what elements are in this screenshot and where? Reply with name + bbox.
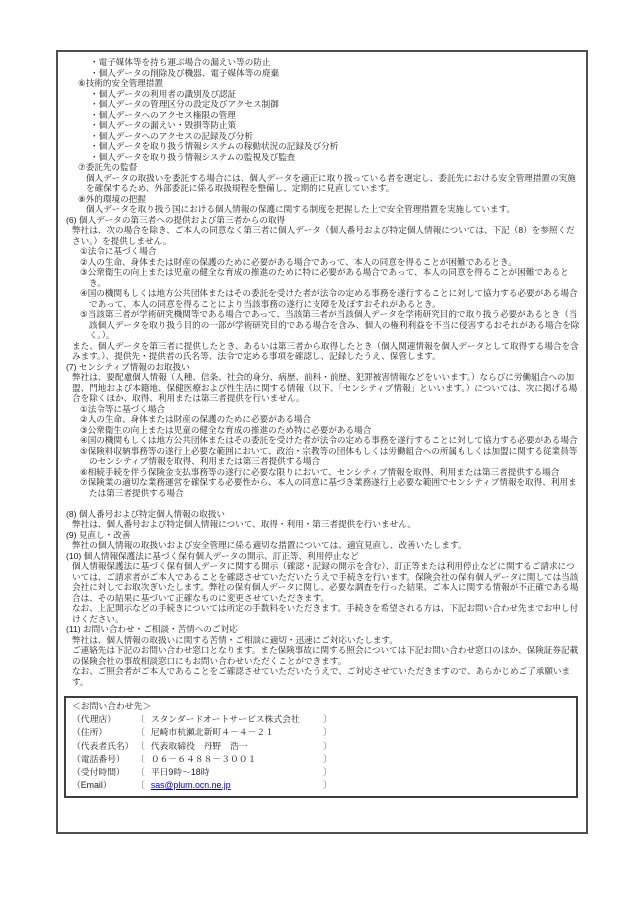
doc-line: ⑧外的環境の把握 (62, 194, 580, 205)
contact-row: （住所）〔尼崎市杭瀬北新町４－４－２１〕 (72, 726, 570, 739)
doc-line: ・個人データの漏えい・毀損等防止策 (62, 120, 580, 131)
contact-row-value: 平日9時～18時 (151, 766, 323, 779)
doc-line: ・電子媒体等を持ち運ぶ場合の漏えい等の防止 (62, 57, 580, 68)
doc-line: ④国の機関もしくは地方公共団体またはその委託を受けた者が法令の定める事務を遂行す… (62, 288, 580, 309)
contact-row-label: （住所） (72, 726, 136, 739)
doc-line: ①法令等に基づく場合 (62, 404, 580, 415)
doc-line: 個人データの取扱いを委託する場合には、個人データを適正に取り扱っている者を選定し… (62, 173, 580, 194)
doc-line: また、個人データを第三者に提供したとき、あるいは第三者から取得したとき（個人関連… (62, 341, 580, 362)
open-bracket: 〔 (136, 766, 145, 779)
contact-title: ＜お問い合わせ先＞ (72, 700, 570, 713)
doc-line: ご連絡先は下記のお問い合わせ窓口となります。また保険事故に関する照会については下… (62, 645, 580, 666)
contact-row-value: ０６－６４８８－３００１ (151, 753, 323, 766)
open-bracket: 〔 (136, 726, 145, 739)
doc-line: ⑥技術的安全管理措置 (62, 78, 580, 89)
doc-line: ③公衆衛生の向上または児童の健全な育成の推進のため特に必要がある場合 (62, 425, 580, 436)
contact-row-label: （代理店） (72, 713, 136, 726)
contact-row-label: （代表者氏名） (72, 740, 136, 753)
doc-line: ・個人データを取り扱う情報システムの稼動状況の記録及び分析 (62, 141, 580, 152)
doc-line: 弊社は、個人番号および特定個人情報について、取得・利用・第三者提供を行いません。 (62, 519, 580, 530)
contact-row-value: スタンダードオートサービス株式会社 (151, 713, 323, 726)
contact-rows: （代理店）〔スタンダードオートサービス株式会社〕（住所）〔尼崎市杭瀬北新町４－４… (72, 713, 570, 792)
doc-line: ④国の機関もしくは地方公共団体またはその委託を受けた者が法令の定める事務を遂行す… (62, 435, 580, 446)
close-bracket: 〕 (323, 726, 332, 739)
doc-line: ・個人データの削除及び機器、電子媒体等の廃棄 (62, 68, 580, 79)
open-bracket: 〔 (136, 740, 145, 753)
doc-line: なお、ご照会者がご本人であることをご確認させていただいたうえで、ご対応させていた… (62, 666, 580, 687)
close-bracket: 〕 (323, 740, 332, 753)
doc-line: なお、上記開示などの手続きについては所定の手数料をいただきます。手続きを希望され… (62, 603, 580, 624)
doc-line: (7) センシティブ情報のお取扱い (62, 362, 580, 373)
doc-line: ②人の生命、身体または財産の保護のために必要がある場合 (62, 414, 580, 425)
doc-line: 個人情報保護法に基づく保有個人データに関する開示（確認・記録の開示を含む）、訂正… (62, 561, 580, 603)
doc-line: ・個人データの利用者の識別及び認証 (62, 89, 580, 100)
close-bracket: 〕 (323, 766, 332, 779)
doc-line: ③公衆衛生の向上または児童の健全な育成の推進のために特に必要がある場合であって、… (62, 267, 580, 288)
contact-row: （電話番号）〔０６－６４８８－３００１〕 (72, 753, 570, 766)
doc-line: (6) 個人データの第三者への提供および第三者からの取得 (62, 215, 580, 226)
doc-line: ・個人データを取り扱う情報システムの監視及び監査 (62, 152, 580, 163)
contact-row-label: （Email） (72, 779, 136, 792)
doc-line: ⑤当該第三者が学術研究機関等である場合であって、当該第三者が当該個人データを学術… (62, 309, 580, 341)
close-bracket: 〕 (323, 753, 332, 766)
doc-line: (8) 個人番号および特定個人情報の取扱い (62, 509, 580, 520)
contact-email-link[interactable]: sas@plum.ocn.ne.jp (151, 779, 323, 792)
document-page: ・電子媒体等を持ち運ぶ場合の漏えい等の防止・個人データの削除及び機器、電子媒体等… (56, 50, 588, 834)
doc-line: 弊社は、次の場合を除き、ご本人の同意なく第三者に個人データ（個人番号および特定個… (62, 225, 580, 246)
doc-blank-line (62, 498, 580, 509)
doc-line: ②人の生命、身体または財産の保護のために必要がある場合であって、本人の同意を得る… (62, 257, 580, 268)
doc-line: ・個人データへのアクセスの記録及び分析 (62, 131, 580, 142)
doc-line: 弊社は、個人情報の取扱いに関する苦情・ご相談に適切・迅速にご対応いたします。 (62, 635, 580, 646)
doc-line: ・個人データへのアクセス権限の管理 (62, 110, 580, 121)
doc-line: (9) 見直し・改善 (62, 530, 580, 541)
close-bracket: 〕 (323, 779, 332, 792)
open-bracket: 〔 (136, 779, 145, 792)
contact-row-value: 代表取締役 丹野 浩一 (151, 740, 323, 753)
doc-line: 弊社の個人情報の取扱いおよび安全管理に係る適切な措置については、適宜見直し、改善… (62, 540, 580, 551)
contact-row-label: （電話番号） (72, 753, 136, 766)
doc-line: (10) 個人情報保護法に基づく保有個人データの開示、訂正等、利用停止など (62, 551, 580, 562)
contact-row-label: （受付時間） (72, 766, 136, 779)
doc-line: ①法令に基づく場合 (62, 246, 580, 257)
contact-row: （代表者氏名）〔代表取締役 丹野 浩一〕 (72, 740, 570, 753)
doc-line: (11) お問い合わせ・ご相談・苦情へのご対応 (62, 624, 580, 635)
open-bracket: 〔 (136, 753, 145, 766)
contact-row: （Email）〔sas@plum.ocn.ne.jp〕 (72, 779, 570, 792)
doc-line: ⑥相続手続を伴う保険金支払事務等の遂行に必要な限りにおいて、センシティブ情報を取… (62, 467, 580, 478)
doc-line: ⑦委託先の監督 (62, 162, 580, 173)
document-body: ・電子媒体等を持ち運ぶ場合の漏えい等の防止・個人データの削除及び機器、電子媒体等… (62, 57, 580, 687)
contact-row: （受付時間）〔平日9時～18時〕 (72, 766, 570, 779)
doc-line: ・個人データの管理区分の設定及びアクセス制御 (62, 99, 580, 110)
contact-row: （代理店）〔スタンダードオートサービス株式会社〕 (72, 713, 570, 726)
doc-line: ⑤保険料収納事務等の遂行上必要な範囲において、政治・宗教等の団体もしくは労働組合… (62, 446, 580, 467)
contact-row-value: 尼崎市杭瀬北新町４－４－２１ (151, 726, 323, 739)
doc-line: ⑦保険業の適切な業務運営を確保する必要性から、本人の同意に基づき業務遂行上必要な… (62, 477, 580, 498)
doc-line: 個人データを取り扱う国における個人情報の保護に関する制度を把握した上で安全管理措… (62, 204, 580, 215)
close-bracket: 〕 (323, 713, 332, 726)
doc-line: 弊社は、要配慮個人情報（人種、信条、社会的身分、病歴、前科・前歴、犯罪被害情報な… (62, 372, 580, 404)
contact-box: ＜お問い合わせ先＞ （代理店）〔スタンダードオートサービス株式会社〕（住所）〔尼… (64, 696, 578, 798)
open-bracket: 〔 (136, 713, 145, 726)
